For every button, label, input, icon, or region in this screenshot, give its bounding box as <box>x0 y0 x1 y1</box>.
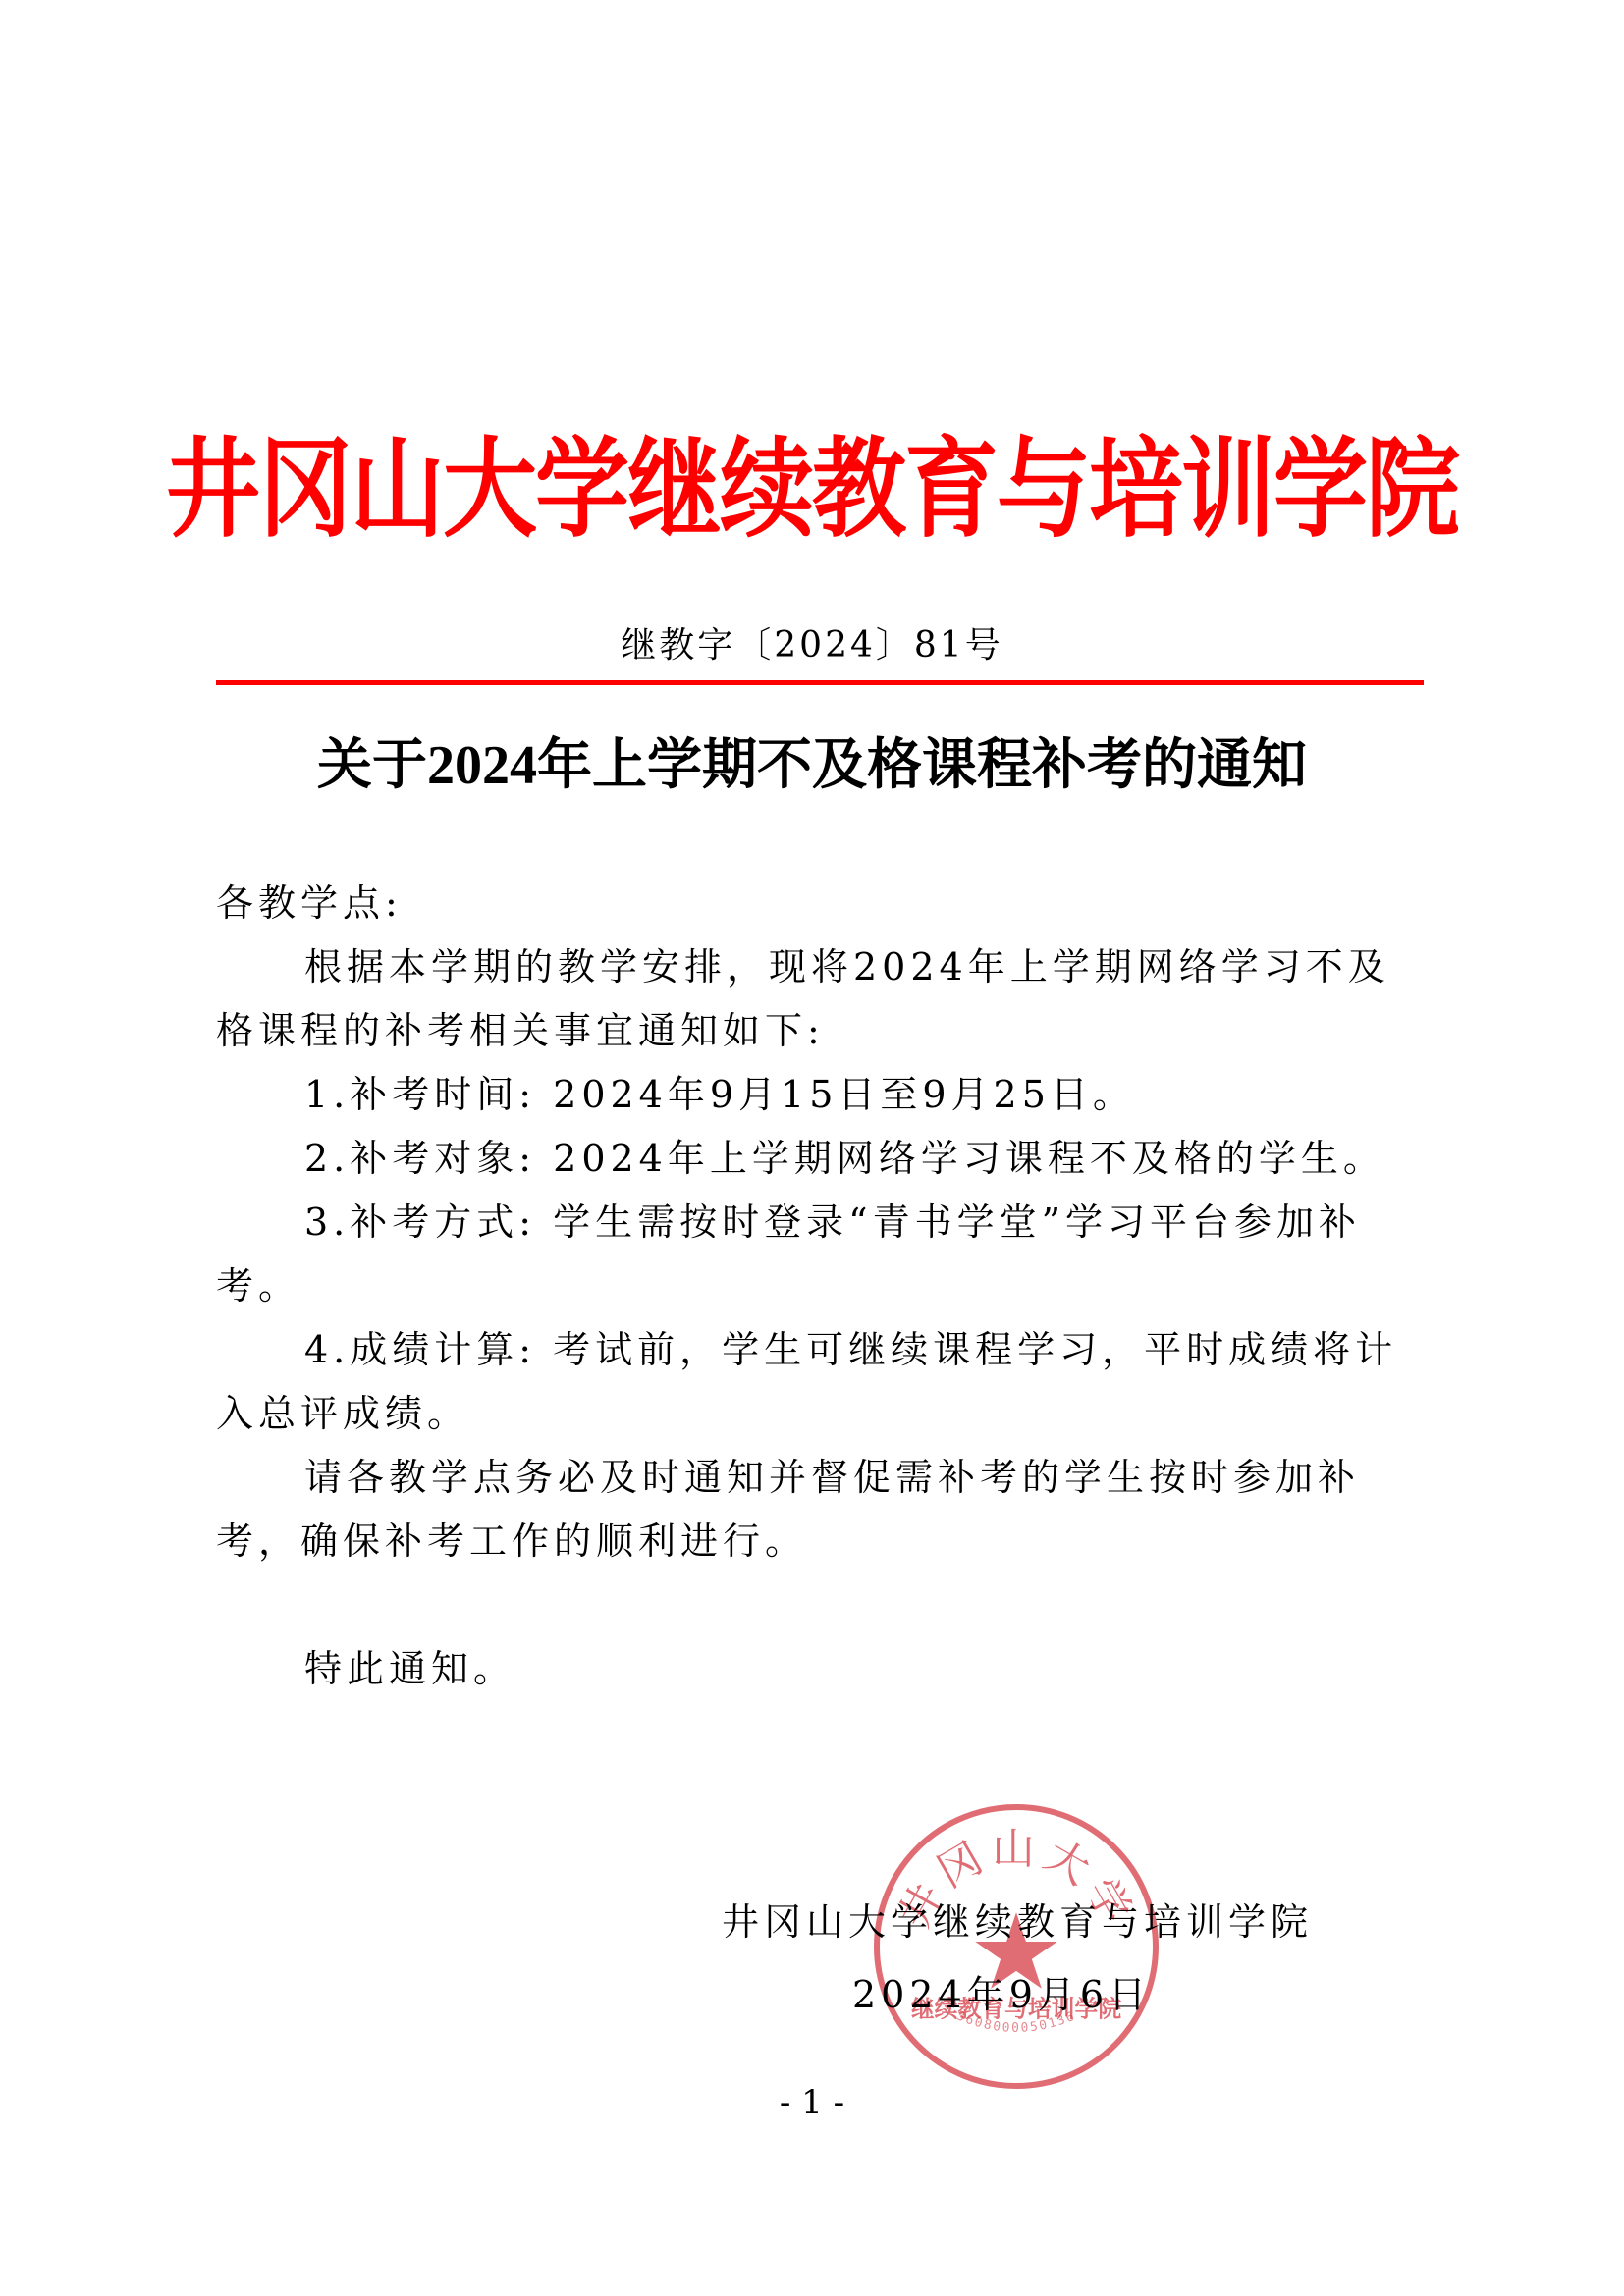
signature-date: 2024年9月6日 <box>852 1965 1151 2024</box>
document-number: 继教字〔2024〕81号 <box>0 616 1624 675</box>
red-divider <box>216 680 1424 685</box>
list-item: 2.补考对象: 2024年上学期网络学习课程不及格的学生。 <box>216 1127 1424 1191</box>
intro-paragraph: 根据本学期的教学安排，现将2024年上学期网络学习不及格课程的补考相关事宜通知如… <box>216 935 1424 1063</box>
notice-title: 关于2024年上学期不及格课程补考的通知 <box>0 721 1624 810</box>
notice-body: 各教学点: 根据本学期的教学安排，现将2024年上学期网络学习不及格课程的补考相… <box>216 872 1424 1701</box>
closing-request: 请各教学点务必及时通知并督促需补考的学生按时参加补考，确保补考工作的顺利进行。 <box>216 1446 1424 1574</box>
spacer <box>216 1574 1424 1637</box>
closing-statement: 特此通知。 <box>216 1637 1424 1701</box>
page-number: - 1 - <box>0 2078 1624 2127</box>
salutation: 各教学点: <box>216 872 1424 935</box>
list-item: 3.补考方式: 学生需按时登录“青书学堂”学习平台参加补考。 <box>216 1191 1424 1318</box>
list-item: 4.成绩计算: 考试前，学生可继续课程学习，平时成绩将计入总评成绩。 <box>216 1318 1424 1446</box>
signature-organization: 井冈山大学继续教育与培训学院 <box>722 1893 1313 1951</box>
list-item: 1.补考时间: 2024年9月15日至9月25日。 <box>216 1063 1424 1127</box>
organization-header: 井冈山大学继续教育与培训学院 <box>0 417 1624 564</box>
